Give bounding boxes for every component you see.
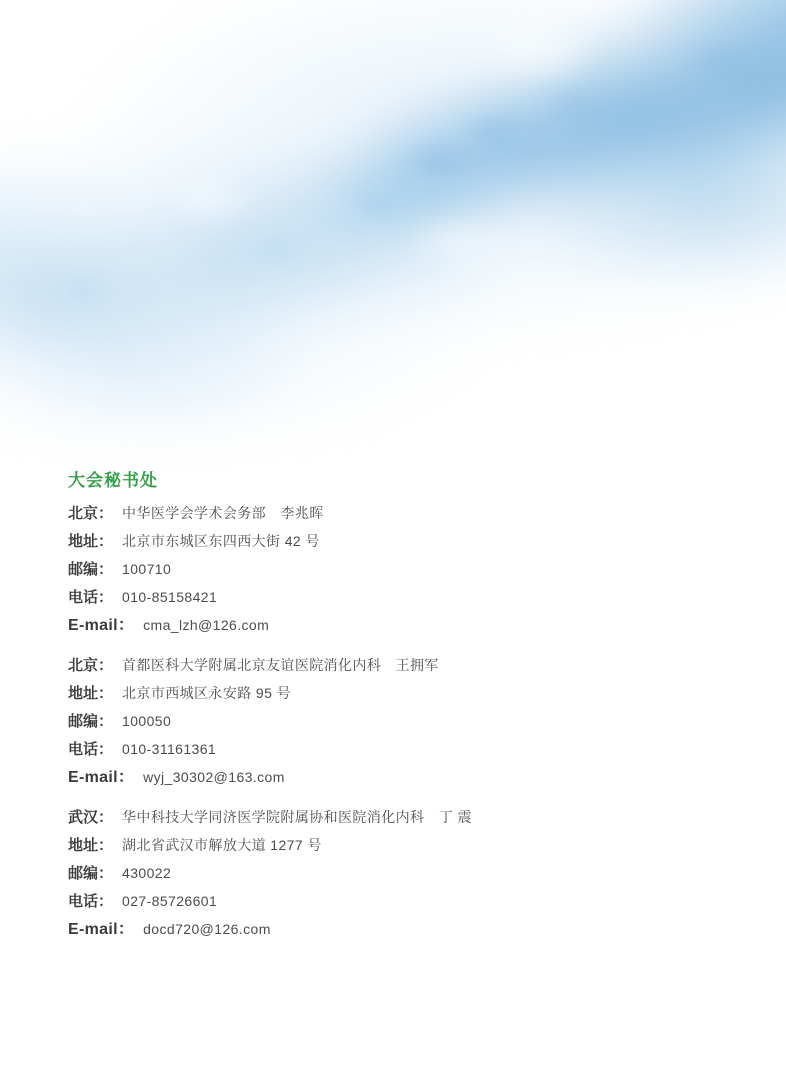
cloud-wash-layer [0, 0, 786, 440]
contact-block-beijing-friendship: 北京： 首都医科大学附属北京友谊医院消化内科 王拥军 地址： 北京市西城区永安路… [68, 656, 688, 787]
contact-postcode-line: 邮编： 100710 [68, 560, 688, 579]
cloud-texture-layer [0, 0, 786, 440]
watercolor-cloud-decoration [0, 0, 786, 440]
contact-block-wuhan-union: 武汉： 华中科技大学同济医学院附属协和医院消化内科 丁 震 地址： 湖北省武汉市… [68, 808, 688, 939]
phone-value: 010-85158421 [122, 588, 217, 607]
postcode-label: 邮编： [68, 712, 113, 731]
contact-phone-line: 电话： 027-85726601 [68, 892, 688, 911]
contact-address-line: 地址： 北京市西城区永安路 95 号 [68, 684, 688, 703]
contact-address-line: 地址： 北京市东城区东四西大街 42 号 [68, 532, 688, 551]
email-label: E-mail： [68, 920, 134, 939]
contact-email-line: E-mail： cma_lzh@126.com [68, 616, 688, 635]
address-value: 湖北省武汉市解放大道 1277 号 [122, 836, 322, 855]
postcode-value: 100050 [122, 712, 171, 731]
contact-city-line: 武汉： 华中科技大学同济医学院附属协和医院消化内科 丁 震 [68, 808, 688, 827]
phone-label: 电话： [68, 740, 113, 759]
address-value: 北京市东城区东四西大街 42 号 [122, 532, 320, 551]
postcode-label: 邮编： [68, 864, 113, 883]
contact-city-line: 北京： 中华医学会学术会务部 李兆晖 [68, 504, 688, 523]
contact-address-line: 地址： 湖北省武汉市解放大道 1277 号 [68, 836, 688, 855]
city-value: 中华医学会学术会务部 李兆晖 [122, 504, 324, 523]
email-value: docd720@126.com [143, 920, 271, 939]
postcode-value: 100710 [122, 560, 171, 579]
email-value: wyj_30302@163.com [143, 768, 285, 787]
phone-value: 010-31161361 [122, 740, 216, 759]
city-label: 武汉： [68, 808, 113, 827]
contact-email-line: E-mail： wyj_30302@163.com [68, 768, 688, 787]
email-label: E-mail： [68, 616, 134, 635]
email-value: cma_lzh@126.com [143, 616, 269, 635]
address-value: 北京市西城区永安路 95 号 [122, 684, 291, 703]
email-label: E-mail： [68, 768, 134, 787]
contact-email-line: E-mail： docd720@126.com [68, 920, 688, 939]
secretariat-section: 大会秘书处 北京： 中华医学会学术会务部 李兆晖 地址： 北京市东城区东四西大街… [68, 466, 688, 960]
contact-city-line: 北京： 首都医科大学附属北京友谊医院消化内科 王拥军 [68, 656, 688, 675]
city-value: 首都医科大学附属北京友谊医院消化内科 王拥军 [122, 656, 439, 675]
address-label: 地址： [68, 836, 113, 855]
contact-phone-line: 电话： 010-31161361 [68, 740, 688, 759]
city-label: 北京： [68, 656, 113, 675]
address-label: 地址： [68, 684, 113, 703]
city-value: 华中科技大学同济医学院附属协和医院消化内科 丁 震 [122, 808, 472, 827]
postcode-value: 430022 [122, 864, 171, 883]
phone-label: 电话： [68, 588, 113, 607]
postcode-label: 邮编： [68, 560, 113, 579]
phone-label: 电话： [68, 892, 113, 911]
contact-block-beijing-cma: 北京： 中华医学会学术会务部 李兆晖 地址： 北京市东城区东四西大街 42 号 … [68, 504, 688, 635]
address-label: 地址： [68, 532, 113, 551]
city-label: 北京： [68, 504, 113, 523]
contact-postcode-line: 邮编： 100050 [68, 712, 688, 731]
phone-value: 027-85726601 [122, 892, 217, 911]
contact-phone-line: 电话： 010-85158421 [68, 588, 688, 607]
contact-postcode-line: 邮编： 430022 [68, 864, 688, 883]
section-title: 大会秘书处 [68, 466, 688, 491]
